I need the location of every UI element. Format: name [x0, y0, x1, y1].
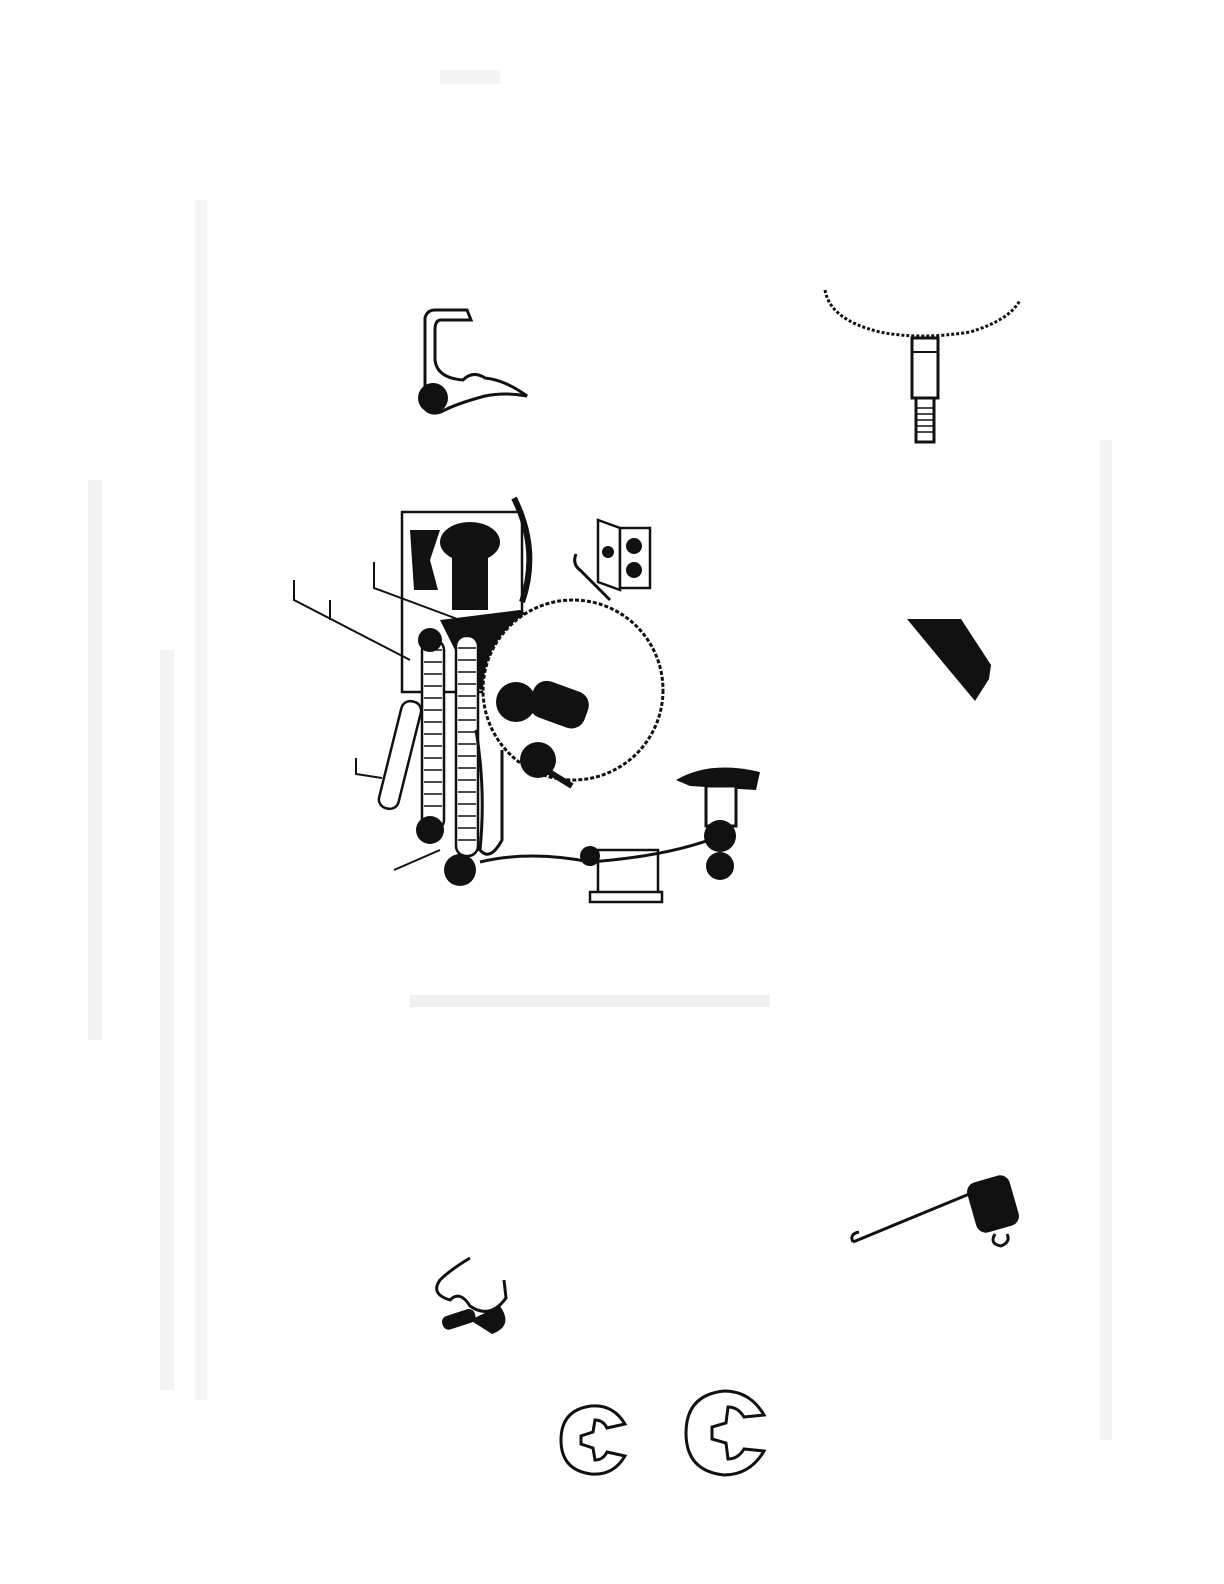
faint-caption: [410, 995, 770, 1007]
knob-icon: [418, 383, 448, 413]
faint-text-column-left: [88, 480, 102, 1040]
cam-pawl-part: [430, 1250, 520, 1340]
faint-text-column-left-2: [160, 650, 174, 1390]
faint-text-top: [440, 70, 500, 84]
hook-lever-part: [405, 300, 545, 420]
torsion-spring-part: [845, 1170, 1025, 1260]
angle-block-part: [905, 615, 1005, 705]
mounting-bracket-part: [570, 510, 660, 610]
e-clip-small-part: [555, 1400, 635, 1480]
e-clip-large-part: [680, 1385, 775, 1480]
faint-text-column-right: [1100, 440, 1112, 1440]
serrated-wheel-shaft-part: [820, 260, 1030, 450]
faint-text-column-left-3: [195, 200, 207, 1400]
main-assembly-part: [290, 490, 780, 910]
